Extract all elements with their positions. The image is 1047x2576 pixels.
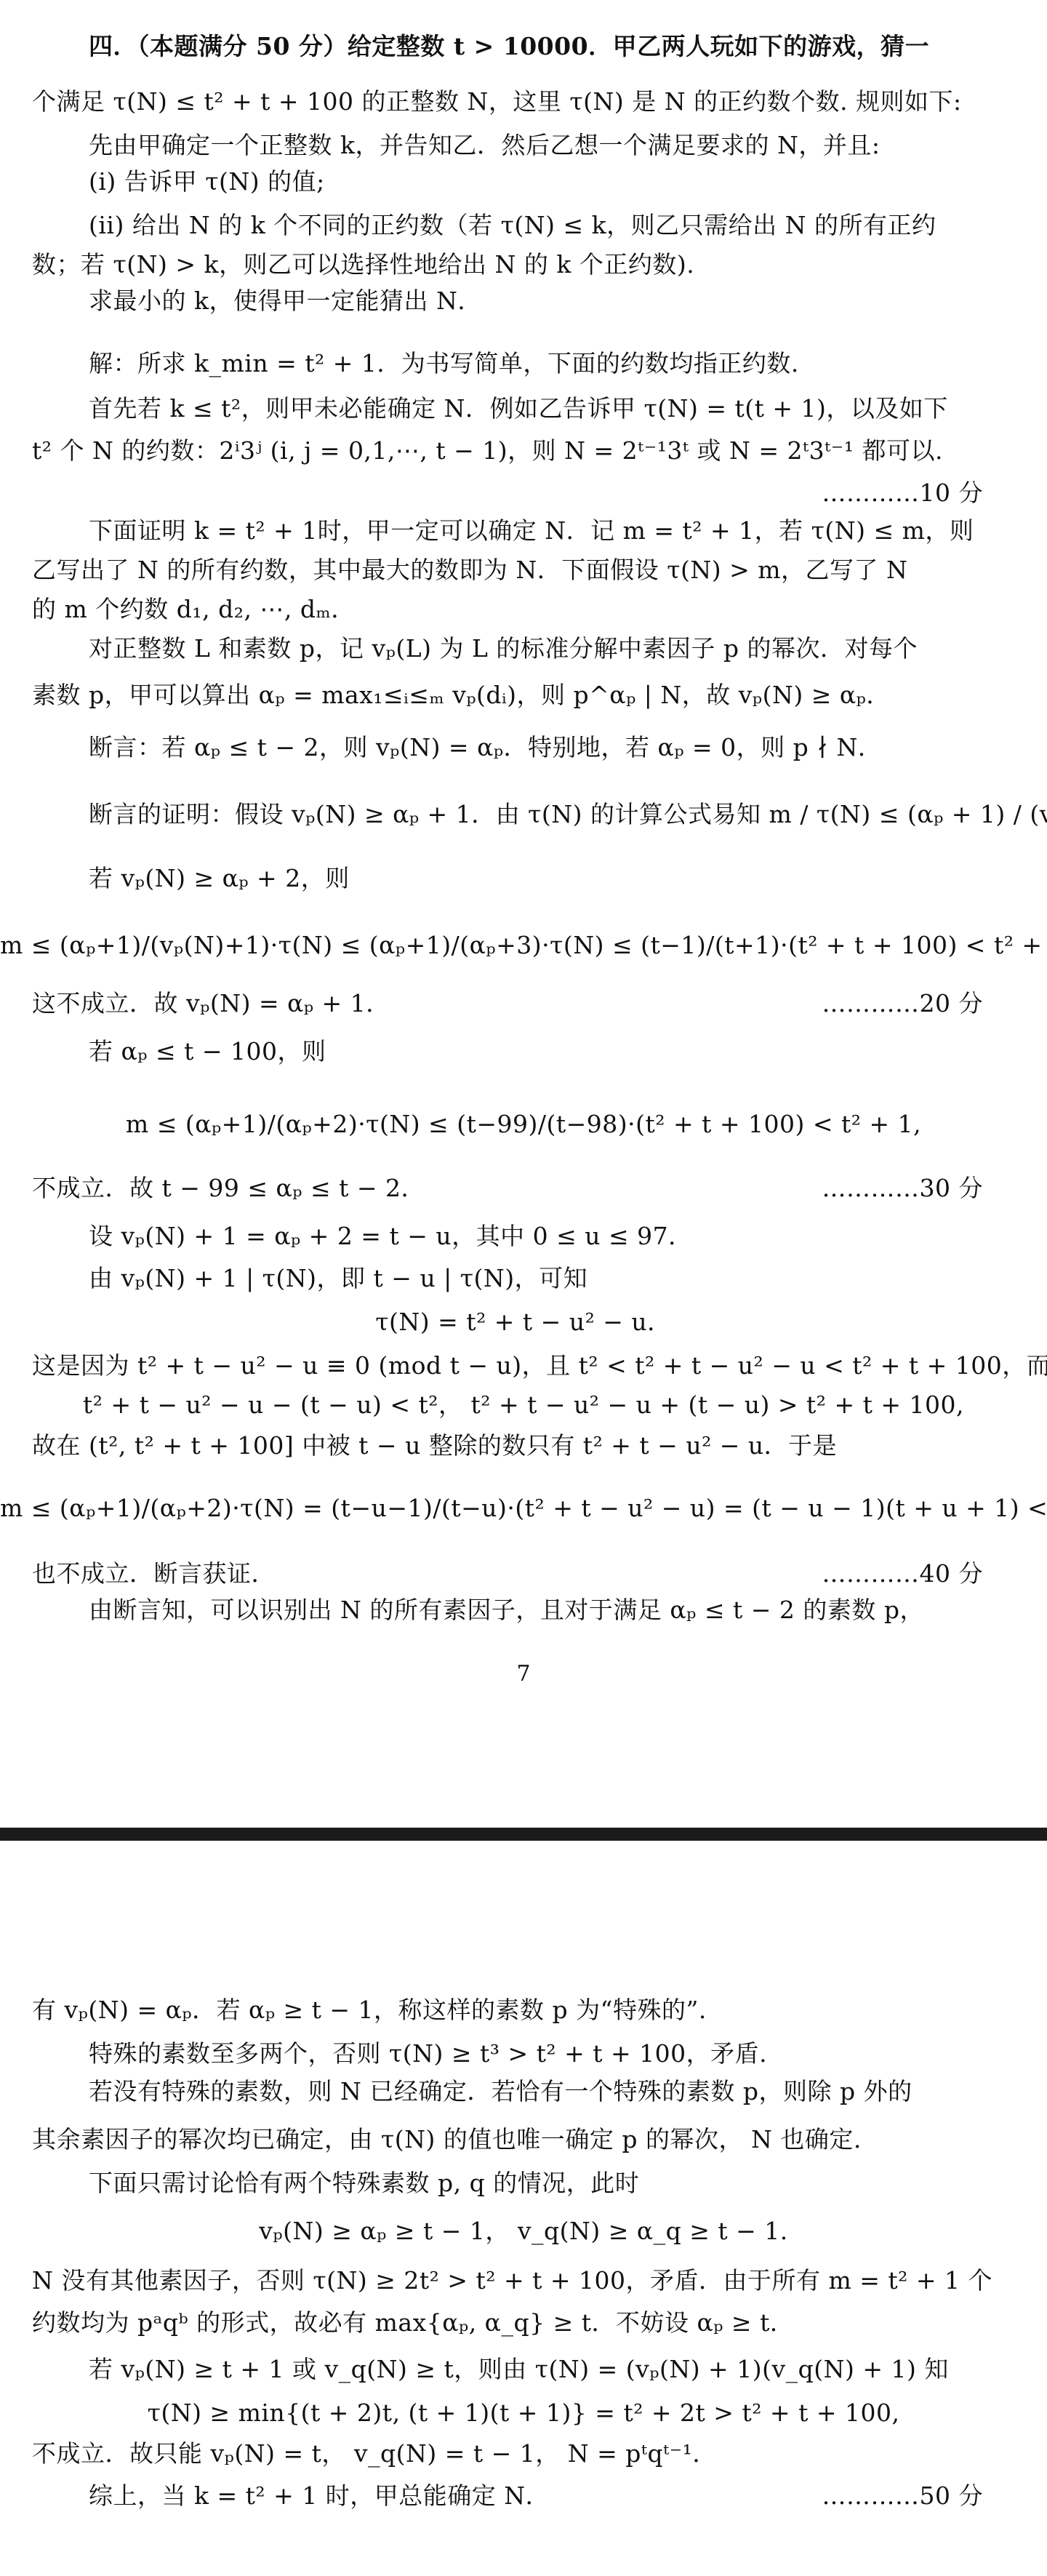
conclusion-line: 综上，当 k = t² + 1 时，甲总能确定 N． (89, 2480, 550, 2512)
equation-display: m ≤ (αₚ+1)/(vₚ(N)+1)·τ(N) ≤ (αₚ+1)/(αₚ+3… (0, 929, 1047, 961)
solution-line: 有 vₚ(N) = αₚ．若 αₚ ≥ t − 1，称这样的素数 p 为“特殊的… (32, 1994, 707, 2026)
page-separator (0, 1828, 1047, 1841)
solution-line: 由断言知，可以识别出 N 的所有素因子，且对于满足 αₚ ≤ t − 2 的素数… (89, 1594, 924, 1626)
solution-line: 素数 p，甲可以算出 αₚ = max₁≤ᵢ≤ₘ vₚ(dᵢ)，则 p^αₚ |… (32, 679, 891, 711)
problem-text-line: 个满足 τ(N) ≤ t² + t + 100 的正整数 N，这里 τ(N) 是… (32, 86, 962, 118)
score-marker-50: …………50 分 (822, 2480, 983, 2512)
problem-text-line: 数；若 τ(N) > k，则乙可以选择性地给出 N 的 k 个正约数). (32, 249, 694, 281)
solution-line: 首先若 k ≤ t²，则甲未必能确定 N．例如乙告诉甲 τ(N) = t(t +… (89, 393, 948, 425)
solution-line: 若 vₚ(N) ≥ t + 1 或 v_q(N) ≥ t，则由 τ(N) = (… (89, 2353, 949, 2385)
equation-display: τ(N) = t² + t − u² − u． (0, 1306, 1047, 1338)
equation-display: m ≤ (αₚ+1)/(αₚ+2)·τ(N) ≤ (t−99)/(t−98)·(… (0, 1108, 1047, 1140)
solution-line: 的 m 个约数 d₁, d₂, ⋯, dₘ． (32, 593, 356, 625)
equation-display: t² + t − u² − u − (t − u) < t²， t² + t −… (0, 1389, 1047, 1421)
solution-line: 若 vₚ(N) ≥ αₚ + 2，则 (89, 863, 350, 895)
equation-display: vₚ(N) ≥ αₚ ≥ t − 1， v_q(N) ≥ α_q ≥ t − 1… (0, 2215, 1047, 2247)
score-marker-40: …………40 分 (822, 1558, 983, 1590)
solution-line: 特殊的素数至多两个，否则 τ(N) ≥ t³ > t² + t + 100，矛盾… (89, 2038, 767, 2070)
solution-line: 下面证明 k = t² + 1时，甲一定可以确定 N．记 m = t² + 1，… (89, 515, 974, 547)
solution-line: 不成立．故只能 vₚ(N) = t， v_q(N) = t − 1， N = p… (32, 2438, 717, 2470)
claim-proof-line: 断言的证明：假设 vₚ(N) ≥ αₚ + 1．由 τ(N) 的计算公式易知 m… (89, 799, 1047, 831)
solution-line: 这不成立．故 vₚ(N) = αₚ + 1． (32, 988, 390, 1020)
solution-line: 设 vₚ(N) + 1 = αₚ + 2 = t − u，其中 0 ≤ u ≤ … (89, 1220, 693, 1252)
solution-line: 下面只需讨论恰有两个特殊素数 p, q 的情况，此时 (89, 2167, 639, 2199)
solution-line: 不成立．故 t − 99 ≤ αₚ ≤ t − 2． (32, 1172, 425, 1204)
document-page-2: 有 vₚ(N) = αₚ．若 αₚ ≥ t − 1，称这样的素数 p 为“特殊的… (0, 1841, 1047, 2576)
solution-line: 其余素因子的幂次均已确定，由 τ(N) 的值也唯一确定 p 的幂次， N 也确定… (32, 2124, 862, 2156)
score-marker-20: …………20 分 (822, 988, 983, 1020)
equation-display: m ≤ (αₚ+1)/(αₚ+2)·τ(N) = (t−u−1)/(t−u)·(… (0, 1492, 1047, 1524)
solution-line: 若 αₚ ≤ t − 100，则 (89, 1036, 326, 1068)
solution-line: t² 个 N 的约数：2ⁱ3ʲ (i, j = 0,1,⋯, t − 1)，则 … (32, 435, 943, 467)
score-marker-30: …………30 分 (822, 1172, 983, 1204)
solution-line: 乙写出了 N 的所有约数，其中最大的数即为 N．下面假设 τ(N) > m，乙写… (32, 554, 907, 586)
claim-line: 断言：若 αₚ ≤ t − 2，则 vₚ(N) = αₚ．特别地，若 αₚ = … (89, 732, 882, 764)
page-number: 7 (0, 1661, 1047, 1687)
problem-question: 求最小的 k，使得甲一定能猜出 N． (89, 285, 482, 317)
solution-line: 若没有特殊的素数，则 N 已经确定．若恰有一个特殊的素数 p，则除 p 外的 (89, 2076, 912, 2108)
solution-line: 由 vₚ(N) + 1 | τ(N)，即 t − u | τ(N)，可知 (89, 1263, 587, 1295)
solution-line: 这是因为 t² + t − u² − u ≡ 0 (mod t − u)，且 t… (32, 1350, 1047, 1382)
score-marker-10: …………10 分 (822, 477, 983, 509)
problem-title-line: 四．（本题满分 50 分）给定整数 t > 10000．甲乙两人玩如下的游戏，猜… (89, 31, 929, 63)
document-page-1: 四．（本题满分 50 分）给定整数 t > 10000．甲乙两人玩如下的游戏，猜… (0, 0, 1047, 1828)
problem-text-line: 先由甲确定一个正整数 k，并告知乙．然后乙想一个满足要求的 N，并且: (89, 129, 880, 161)
solution-line: 对正整数 L 和素数 p，记 vₚ(L) 为 L 的标准分解中素因子 p 的幂次… (89, 633, 918, 665)
solution-line: 解：所求 k_min = t² + 1．为书写简单，下面的约数均指正约数. (89, 348, 799, 380)
solution-line: 约数均为 pᵃqᵇ 的形式，故必有 max{αₚ, α_q} ≥ t．不妨设 α… (32, 2307, 794, 2339)
solution-line: N 没有其他素因子，否则 τ(N) ≥ 2t² > t² + t + 100，矛… (32, 2265, 992, 2297)
solution-line: 也不成立．断言获证． (32, 1558, 276, 1590)
rule-item-ii: (ii) 给出 N 的 k 个不同的正约数（若 τ(N) ≤ k，则乙只需给出 … (89, 209, 936, 241)
rule-item-i: (i) 告诉甲 τ(N) 的值; (89, 166, 325, 198)
equation-display: τ(N) ≥ min{(t + 2)t, (t + 1)(t + 1)} = t… (0, 2397, 1047, 2429)
solution-line: 故在 (t², t² + t + 100] 中被 t − u 整除的数只有 t²… (32, 1430, 837, 1462)
